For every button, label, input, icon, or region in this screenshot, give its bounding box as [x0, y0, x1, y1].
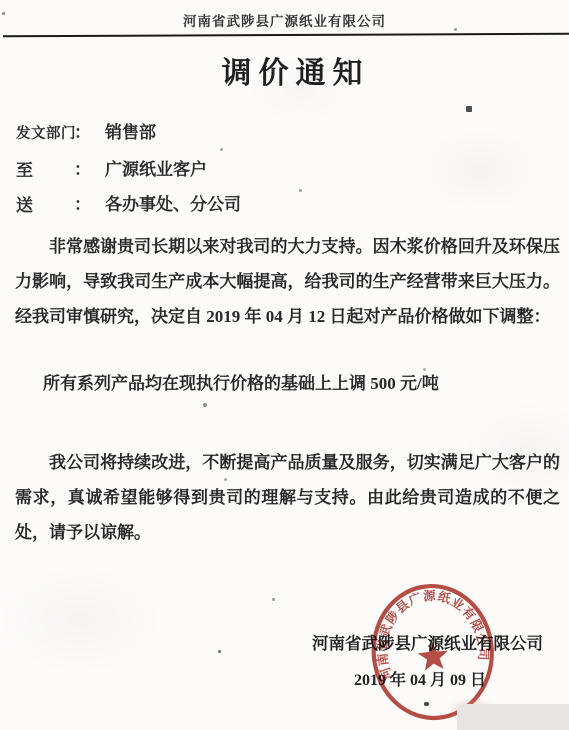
scan-speck — [454, 28, 457, 31]
body-paragraph-1: 非常感谢贵司长期以来对我司的大力支持。因木浆价格回升及环保压力影响，导致我司生产… — [15, 229, 560, 334]
scan-speck — [272, 598, 275, 601]
meta-label: 送 — [16, 194, 74, 218]
meta-value: 各办事处、分公司 — [105, 195, 241, 214]
meta-row-to: 至：广源纸业客户 — [16, 158, 207, 183]
price-adjustment-line: 所有系列产品均在现执行价格的基础上上调 500 元/吨 — [43, 372, 439, 396]
meta-label: 至 — [16, 159, 74, 183]
document-title: 调价通知 — [11, 56, 569, 92]
seal-arc-text: 河南省武陟县广源纸业有限公司 — [369, 583, 492, 682]
meta-value: 销售部 — [105, 123, 156, 142]
scan-speck — [423, 368, 426, 371]
scan-speck — [424, 702, 429, 706]
letterhead-divider — [3, 32, 569, 37]
scan-speck — [2, 12, 5, 15]
letterhead-company-name: 河南省武陟县广源纸业有限公司 — [0, 13, 569, 31]
scan-artifact-band — [457, 704, 569, 730]
scan-speck — [220, 148, 223, 151]
body-paragraph-2: 我公司将持续改进，不断提高产品质量及服务，切实满足广大客户的需求，真诚希望能够得… — [15, 445, 560, 550]
scan-speck — [299, 189, 302, 192]
meta-colon: ： — [74, 123, 91, 142]
scan-speck — [466, 106, 472, 112]
meta-value: 广源纸业客户 — [105, 160, 207, 179]
seal-star-icon — [417, 640, 450, 671]
scanned-notice-document: 河南省武陟县广源纸业有限公司 调价通知 发文部门：销售部 至：广源纸业客户 送：… — [0, 0, 569, 730]
meta-colon: ： — [74, 195, 91, 214]
meta-label: 发文部门 — [16, 122, 74, 146]
meta-row-issuing-department: 发文部门：销售部 — [16, 121, 156, 146]
meta-colon: ： — [74, 160, 91, 179]
scan-speck — [218, 650, 221, 653]
meta-row-cc: 送：各办事处、分公司 — [16, 193, 241, 218]
scan-speck — [224, 478, 227, 481]
scan-speck — [203, 403, 207, 407]
